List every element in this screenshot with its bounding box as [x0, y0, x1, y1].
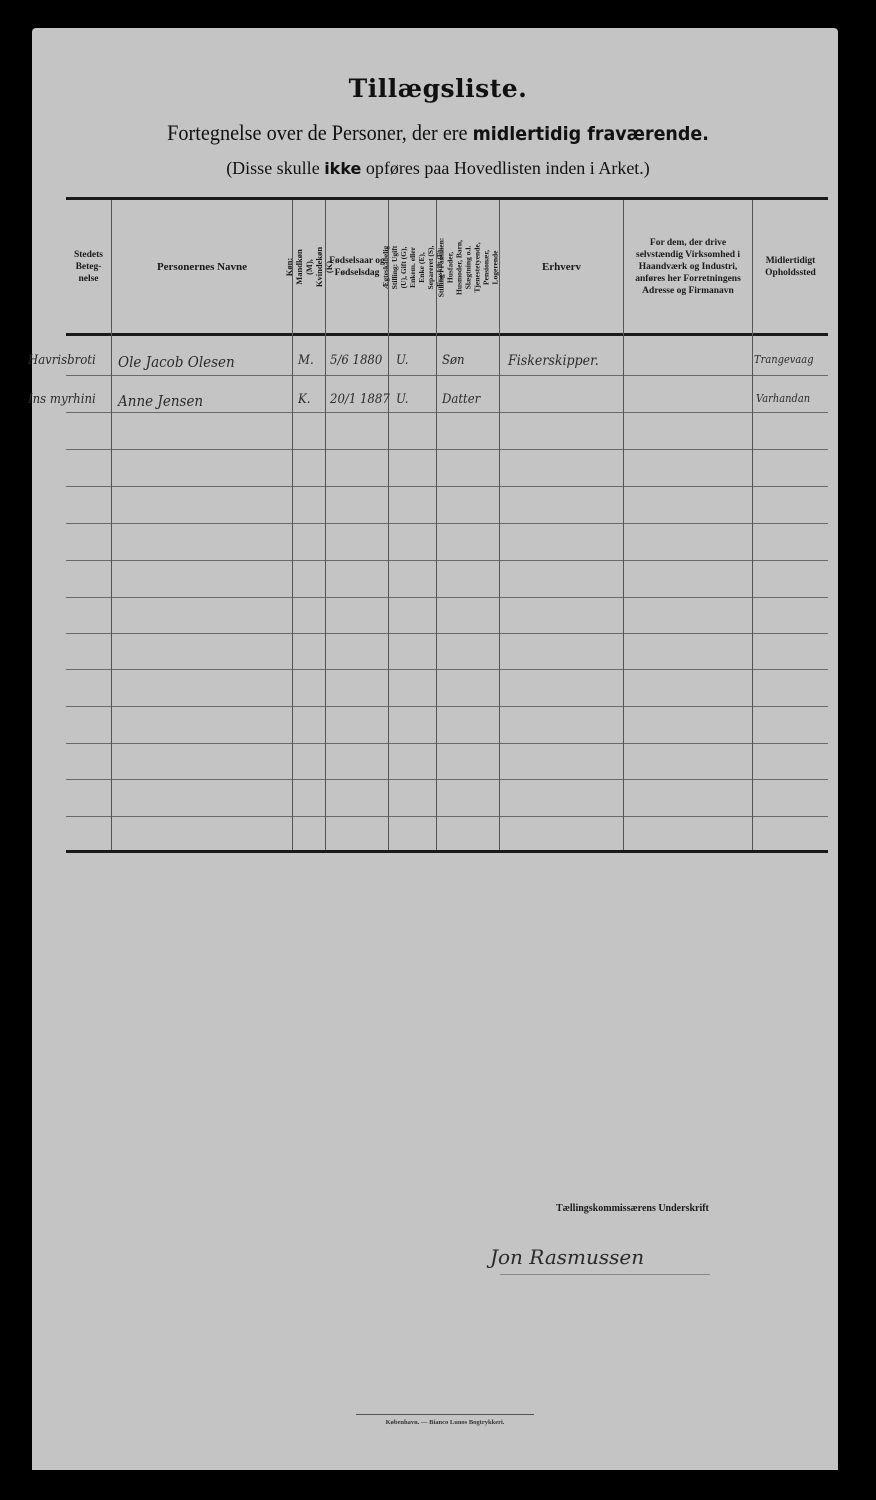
row1-occupation: Fiskerskipper. — [508, 353, 599, 369]
printer-rule — [356, 1414, 534, 1415]
page-subtitle: Fortegnelse over de Personer, der ere mi… — [35, 120, 841, 146]
row2-birth: 20/1 1887 — [330, 392, 390, 407]
row2-marital: U. — [396, 392, 409, 407]
absent-persons-table: Stedets Beteg- nelse Personernes Navne K… — [66, 196, 828, 852]
row-line — [66, 560, 828, 561]
enumerator-signature: Jon Rasmussen — [490, 1245, 644, 1269]
row1-marital: U. — [396, 353, 409, 368]
row2-family: Datter — [442, 392, 480, 407]
row2-place: Ins myrhini — [28, 392, 96, 407]
row1-birth: 5/6 1880 — [330, 353, 382, 368]
note-text-1: (Disse skulle — [226, 158, 324, 178]
header-family: Stilling i Familien: Husfader, Husmoder,… — [437, 200, 499, 334]
header-business: For dem, der drive selvstændig Virksomhe… — [624, 200, 752, 334]
row-line — [66, 816, 828, 817]
row2-name: Anne Jensen — [118, 392, 203, 410]
row-line — [66, 779, 828, 780]
header-family-text: Stilling i Familien: Husfader, Husmoder,… — [437, 236, 500, 298]
row1-sex: M. — [298, 353, 314, 368]
header-place: Stedets Beteg- nelse — [66, 200, 111, 334]
header-sex: Køn: Mandkøn (M), Kvindekøn (K) — [293, 200, 325, 334]
row1-family: Søn — [442, 353, 465, 368]
header-birth: Fødselsaar og Fødselsdag — [326, 200, 388, 334]
row-line — [66, 597, 828, 598]
row-line — [66, 449, 828, 450]
header-marital-text: Ægteskabelig Stilling: Ugift (U), Gift (… — [381, 244, 444, 291]
row1-temp-residence: Trangevaag — [754, 353, 814, 366]
row-line — [66, 486, 828, 487]
row-line — [66, 706, 828, 707]
note-emphasis: ikke — [324, 159, 361, 178]
note-text-2: opføres paa Hovedlisten inden i Arket.) — [361, 158, 649, 178]
page-title: Tillægsliste. — [0, 74, 876, 103]
signature-line — [500, 1274, 710, 1275]
row1-name: Ole Jacob Olesen — [118, 353, 235, 371]
subtitle-text: Fortegnelse over de Personer, der ere — [167, 120, 472, 145]
table-bottom-rule — [66, 850, 828, 853]
signature-label: Tællingskommissærens Underskrift — [556, 1203, 709, 1214]
header-occupation: Erhverv — [500, 200, 623, 334]
row-line — [66, 375, 828, 376]
row-line — [66, 633, 828, 634]
subtitle-emphasis: midlertidig fraværende. — [473, 123, 709, 145]
header-marital: Ægteskabelig Stilling: Ugift (U), Gift (… — [389, 200, 436, 334]
row2-sex: K. — [298, 392, 310, 407]
row2-temp-residence: Varhandan — [756, 392, 810, 405]
row-line — [66, 523, 828, 524]
row-line — [66, 669, 828, 670]
printer-imprint: København. — Bianco Lunos Bogtrykkeri. — [356, 1419, 534, 1426]
instruction-note: (Disse skulle ikke opføres paa Hovedlist… — [0, 158, 876, 179]
row1-place: Havrisbroti — [28, 353, 96, 368]
header-names: Personernes Navne — [112, 200, 292, 334]
row-line — [66, 412, 828, 413]
header-temp-residence: Midlertidigt Opholdssted — [753, 200, 828, 334]
row-line — [66, 743, 828, 744]
